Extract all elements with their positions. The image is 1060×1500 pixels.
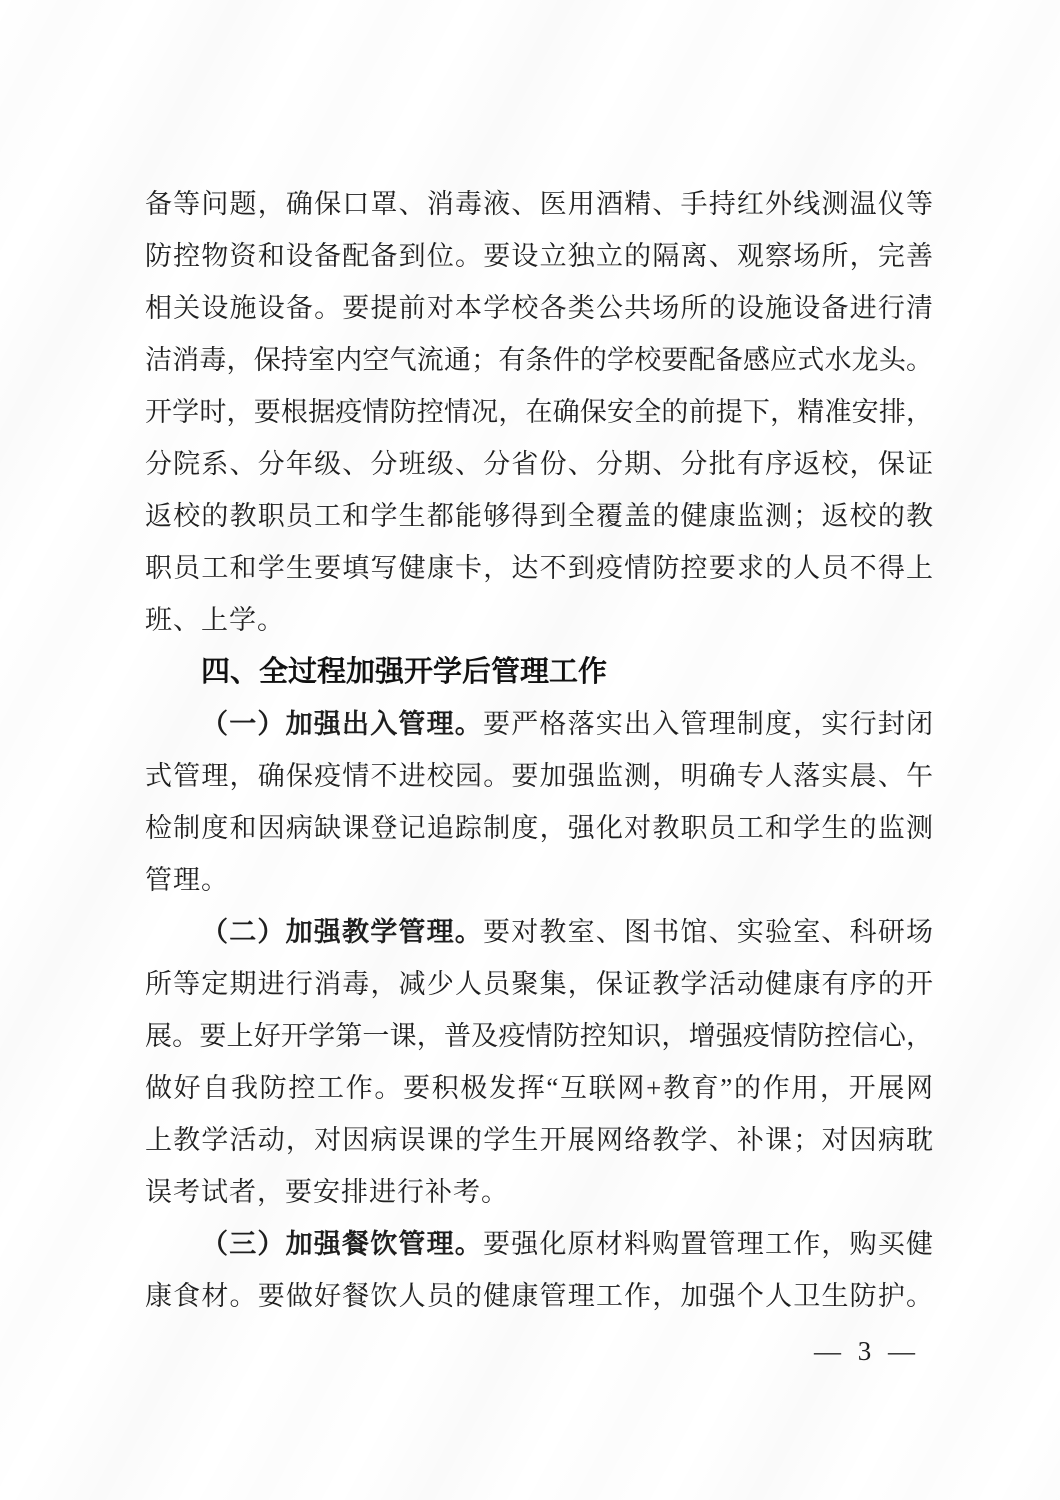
text-line: 职员工和学生要填写健康卡，达不到疫情防控要求的人员不得上 [145, 542, 933, 594]
document-page: 备等问题，确保口罩、消毒液、医用酒精、手持红外线测温仪等 防控物资和设备配备到位… [0, 0, 1060, 1500]
document-body: 备等问题，确保口罩、消毒液、医用酒精、手持红外线测温仪等 防控物资和设备配备到位… [145, 178, 933, 1322]
text-line: 式管理，确保疫情不进校园。要加强监测，明确专人落实晨、午 [145, 750, 933, 802]
text-line: 分院系、分年级、分班级、分省份、分期、分批有序返校，保证 [145, 438, 933, 490]
text-line: 返校的教职员工和学生都能够得到全覆盖的健康监测；返校的教 [145, 490, 933, 542]
paragraph-lead: （二）加强教学管理。 [201, 917, 483, 947]
text-line: 班、上学。 [145, 594, 933, 646]
text-line: 误考试者，要安排进行补考。 [145, 1166, 933, 1218]
section-heading: 四、全过程加强开学后管理工作 [145, 646, 933, 698]
text-line: 上教学活动，对因病误课的学生开展网络教学、补课；对因病耽 [145, 1114, 933, 1166]
text-line: 相关设施设备。要提前对本学校各类公共场所的设施设备进行清 [145, 282, 933, 334]
text-line: 展。要上好开学第一课，普及疫情防控知识，增强疫情防控信心， [145, 1010, 933, 1062]
text-line: （二）加强教学管理。要对教室、图书馆、实验室、科研场 [145, 906, 933, 958]
text-line: 防控物资和设备配备到位。要设立独立的隔离、观察场所，完善 [145, 230, 933, 282]
text-line: 康食材。要做好餐饮人员的健康管理工作，加强个人卫生防护。 [145, 1270, 933, 1322]
paragraph-lead: （一）加强出入管理。 [201, 709, 483, 739]
text-line: 管理。 [145, 854, 933, 906]
text-line: 开学时，要根据疫情防控情况，在确保安全的前提下，精准安排， [145, 386, 933, 438]
page-number: — 3 — [814, 1336, 920, 1367]
paragraph-text: 要对教室、图书馆、实验室、科研场 [483, 917, 933, 947]
paragraph-text: 要严格落实出入管理制度，实行封闭 [483, 709, 933, 739]
paragraph-text: 要强化原材料购置管理工作，购买健 [483, 1229, 933, 1259]
text-line: 备等问题，确保口罩、消毒液、医用酒精、手持红外线测温仪等 [145, 178, 933, 230]
text-line: 检制度和因病缺课登记追踪制度，强化对教职员工和学生的监测 [145, 802, 933, 854]
paragraph-lead: （三）加强餐饮管理。 [201, 1229, 483, 1259]
text-line: 洁消毒，保持室内空气流通；有条件的学校要配备感应式水龙头。 [145, 334, 933, 386]
text-line: （一）加强出入管理。要严格落实出入管理制度，实行封闭 [145, 698, 933, 750]
text-line: 所等定期进行消毒，减少人员聚集，保证教学活动健康有序的开 [145, 958, 933, 1010]
text-line: 做好自我防控工作。要积极发挥“互联网+教育”的作用，开展网 [145, 1062, 933, 1114]
text-line: （三）加强餐饮管理。要强化原材料购置管理工作，购买健 [145, 1218, 933, 1270]
